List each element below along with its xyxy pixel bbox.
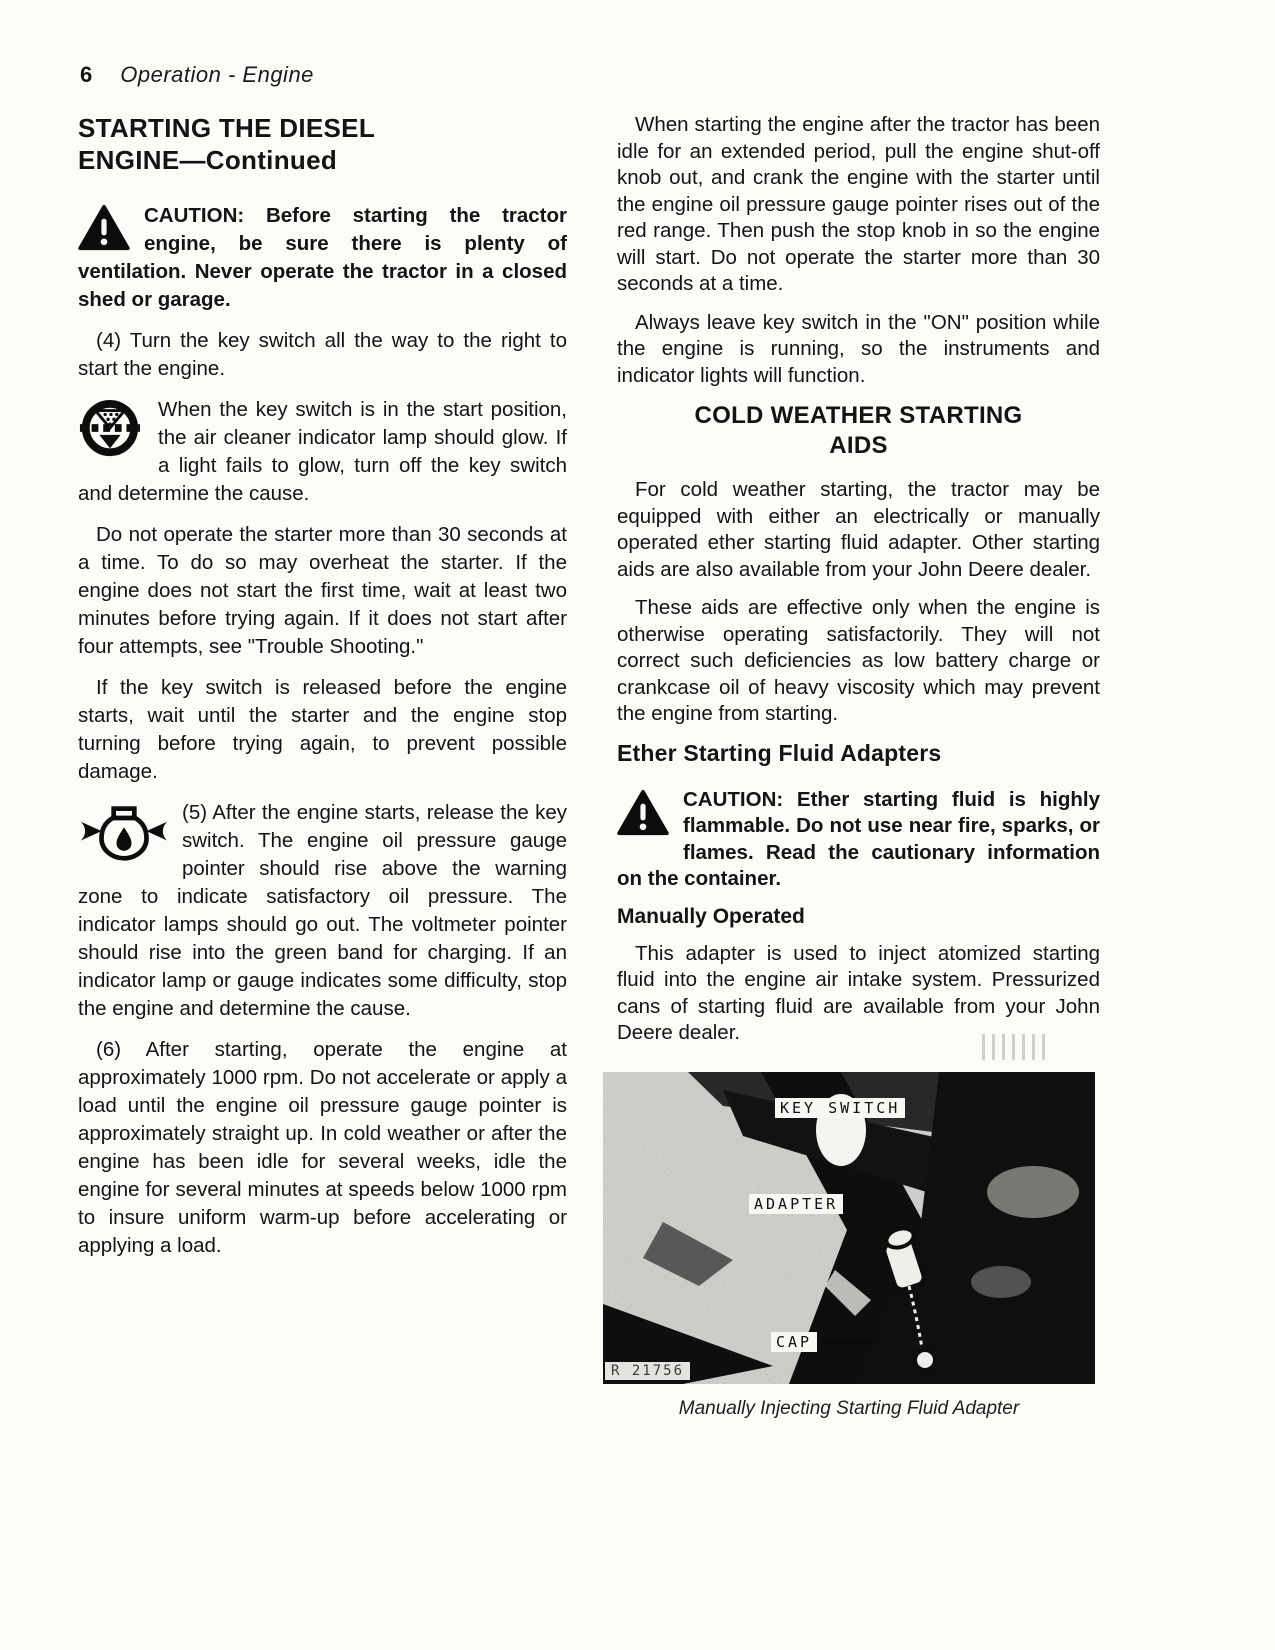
left-column: STARTING THE DIESELENGINE—Continued CAUT…: [78, 112, 567, 1273]
label-cap: CAP: [771, 1332, 817, 1352]
paragraph-step4: (4) Turn the key switch all the way to t…: [78, 327, 567, 383]
paragraph-extended-idle: When starting the engine after the tract…: [617, 112, 1100, 298]
label-adapter: ADAPTER: [749, 1194, 843, 1214]
cold-weather-heading-line2: AIDS: [829, 432, 888, 459]
scan-artifact: [982, 1034, 1046, 1060]
paragraph-adapter: This adapter is used to inject atomized …: [617, 941, 1100, 1047]
oil-pressure-icon: [78, 803, 170, 863]
right-column: When starting the engine after the tract…: [617, 112, 1100, 1059]
caution-block-ventilation: CAUTION: Before starting the tractor eng…: [78, 202, 567, 314]
photo-code: R 21756: [605, 1362, 690, 1380]
section-heading-line1: STARTING THE DIESEL: [78, 113, 375, 143]
paragraph-step6: (6) After starting, operate the engine a…: [78, 1036, 567, 1260]
paragraph-key-released: If the key switch is released before the…: [78, 674, 567, 786]
cold-weather-heading: COLD WEATHER STARTINGAIDS: [617, 401, 1100, 461]
section-heading: STARTING THE DIESELENGINE—Continued: [78, 112, 567, 176]
manual-page: 6Operation - Engine STARTING THE DIESELE…: [0, 0, 1275, 1650]
label-cap-group: CAP: [771, 1332, 873, 1352]
paragraph-air-cleaner: When the key switch is in the start posi…: [78, 396, 567, 508]
paragraph-starter-30s: Do not operate the starter more than 30 …: [78, 521, 567, 661]
paragraph-key-on: Always leave key switch in the "ON" posi…: [617, 310, 1100, 390]
figure-caption: Manually Injecting Starting Fluid Adapte…: [603, 1398, 1095, 1420]
caution-block-ether: CAUTION: Ether starting fluid is highly …: [617, 787, 1100, 893]
warning-triangle-icon: [78, 205, 130, 251]
cap-pointer-line: [821, 1340, 873, 1344]
air-cleaner-text: When the key switch is in the start posi…: [78, 398, 567, 505]
page-title: Operation - Engine: [120, 62, 314, 87]
caution-ether-text: CAUTION: Ether starting fluid is highly …: [617, 788, 1100, 891]
page-number: 6: [80, 62, 92, 87]
adapter-photo: KEY SWITCH ADAPTER CAP R 21756: [603, 1072, 1095, 1384]
caution-text: CAUTION: Before starting the tractor eng…: [78, 204, 567, 311]
paragraph-aids-effective: These aids are effective only when the e…: [617, 595, 1100, 728]
page-header: 6Operation - Engine: [80, 62, 314, 88]
paragraph-step5: (5) After the engine starts, release the…: [78, 799, 567, 1023]
label-key-switch: KEY SWITCH: [775, 1098, 905, 1118]
warning-triangle-icon: [617, 790, 669, 836]
ether-adapters-heading: Ether Starting Fluid Adapters: [617, 740, 1100, 767]
manually-operated-heading: Manually Operated: [617, 905, 1100, 929]
section-heading-line2: ENGINE—Continued: [78, 145, 337, 175]
cold-weather-heading-line1: COLD WEATHER STARTING: [694, 402, 1022, 429]
air-cleaner-indicator-icon: [78, 398, 142, 460]
paragraph-cold-weather: For cold weather starting, the tractor m…: [617, 477, 1100, 583]
